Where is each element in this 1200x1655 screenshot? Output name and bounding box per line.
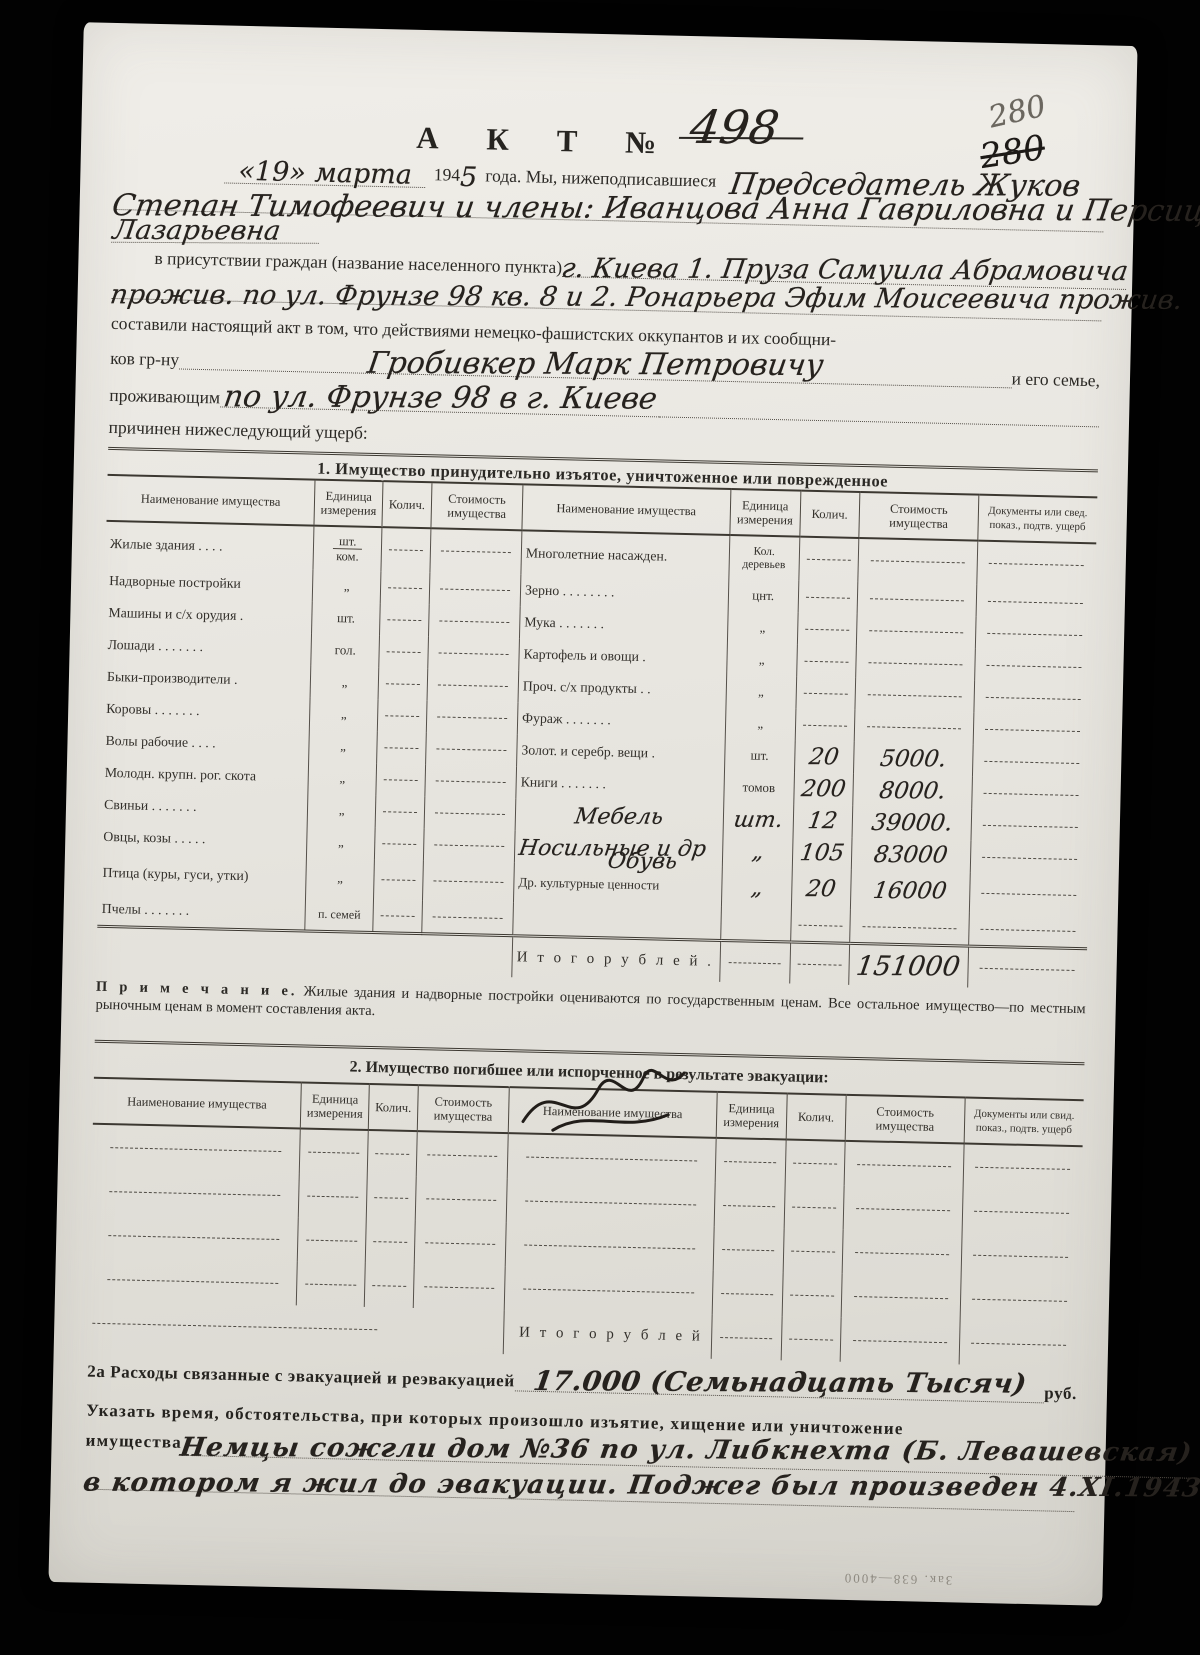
t2-h-docs: Документы или свид. показ., подтв. ущерб <box>964 1098 1084 1147</box>
t2-h-qty-right: Колич. <box>786 1093 846 1140</box>
t1-r9-lu: „ <box>307 826 376 860</box>
t1-h-name-left: Наименование имущества <box>107 475 316 526</box>
qty-gold-handwritten: 20 <box>808 744 841 770</box>
total2-label: И т о г о р у б л е й <box>503 1310 712 1359</box>
year-printed: 194 <box>434 164 461 185</box>
t2-h-name-left: Наименование имущества <box>93 1078 302 1129</box>
t1-r4-ru: „ <box>726 675 797 709</box>
document-content: 280 280 А К Т № 498 «19» марта 1945 года… <box>83 37 1108 1593</box>
corner-page-numbers: 280 280 <box>980 95 1047 173</box>
photo-background: 280 280 А К Т № 498 «19» марта 1945 года… <box>0 0 1200 1655</box>
t1-r5-r: Фураж . . . . . . . <box>517 702 725 739</box>
item-furniture-handwritten: Мебель <box>573 804 665 829</box>
residing-address-handwritten: по ул. Фрунзе 98 в г. Киеве <box>222 386 658 410</box>
circumstances-handwritten-1: Немцы сожгли дом №36 по ул. Либкнехта (Б… <box>179 1435 1195 1466</box>
document-paper: 280 280 А К Т № 498 «19» марта 1945 года… <box>48 22 1137 1606</box>
cost-gold-handwritten: 5000. <box>878 746 948 772</box>
t1-r1-lu: „ <box>312 570 381 604</box>
t1-r7-lu: „ <box>308 762 377 796</box>
t1-r6-ru: шт. <box>724 739 795 773</box>
t1-r11-lu: п. семей <box>305 898 374 933</box>
t1-r2-lu: шт. <box>312 602 381 636</box>
t1-r6-lu: „ <box>309 730 378 764</box>
year-handwritten: 5 <box>460 167 478 189</box>
t1-h-qty-right: Колич. <box>800 491 860 538</box>
t1-r4-l: Быки-производители . <box>103 661 311 698</box>
victim-name-handwritten: Гробивкер Марк Петровичу <box>366 353 825 377</box>
unit-furniture-handwritten: шт. <box>732 807 784 832</box>
act-number: 498 <box>679 117 806 140</box>
t1-r3-r: Картофель и овощи . <box>519 638 727 675</box>
cost-books-handwritten: 8000. <box>878 778 948 804</box>
t1-r1-r: Зерно . . . . . . . . <box>520 574 728 611</box>
t1-h-docs: Документы или свед. показ., подтв. ущерб <box>978 495 1098 544</box>
cost-furniture-handwritten: 39000. <box>870 810 954 836</box>
date-handwritten: «19» марта <box>224 160 426 188</box>
t1-r6-r: Золот. и серебр. вещи . <box>517 734 725 771</box>
t1-r5-l: Коровы . . . . . . . <box>102 693 310 730</box>
t1-r7-l: Молодн. крупн. рог. скота <box>100 757 308 794</box>
qty-clothing-handwritten: 105 <box>798 840 846 866</box>
cost-clothing-handwritten: 83000 <box>872 842 949 868</box>
t1-r5-ru: „ <box>725 707 796 741</box>
t1-r7-ru: томов <box>724 771 795 805</box>
t1-r5-lu: „ <box>310 698 379 732</box>
t1-h-cost-right: Стоимость имущества <box>859 492 979 541</box>
t1-r3-lu: гол. <box>311 634 380 668</box>
total-value-handwritten: 151000 <box>855 950 963 981</box>
note-label: П р и м е ч а н и е. <box>96 979 298 1000</box>
witnesses-handwritten: прожив. по ул. Фрунзе 98 кв. 8 и 2. Рона… <box>109 284 1184 312</box>
t1-h-qty-left: Колич. <box>382 481 432 528</box>
t1-r6-l: Волы рабочие . . . . <box>101 725 309 762</box>
line2a-suffix: руб. <box>1044 1383 1077 1404</box>
t2-h-unit-right: Единица измерения <box>716 1092 787 1140</box>
evacuation-cost-handwritten: 17.000 (Семьнадцать Тысяч) <box>532 1371 1028 1396</box>
t2-h-cost-right: Стоимость имущества <box>845 1095 965 1144</box>
t1-h-name-right: Наименование имущества <box>522 484 731 535</box>
t1-h-unit-left: Единица измерения <box>314 480 383 528</box>
t1-r9-l: Овцы, козы . . . . . <box>99 821 307 858</box>
t1-r2-l: Машины и с/х орудия . <box>104 597 312 634</box>
qty-books-handwritten: 200 <box>800 776 848 802</box>
printers-imprint: Зак. 638—4000 <box>843 1570 953 1588</box>
grnu-printed: ков гр-ну <box>110 348 179 370</box>
circumstances-handwritten-2: в котором я жил до эвакуации. Поджег был… <box>81 1470 1200 1502</box>
t1-h-cost-left: Стоимость имущества <box>431 482 523 530</box>
after-date-printed: года. Мы, нижеподписавшиеся <box>485 165 716 190</box>
unit-clothing-handwritten: „ <box>750 839 765 864</box>
t1-r8-l: Свиньи . . . . . . . <box>100 789 308 826</box>
t2-h-unit-left: Единица измерения <box>301 1082 370 1130</box>
t1-r0-r: Многолетние насажден. <box>521 530 730 579</box>
t2-h-name-right: Наименование имущества <box>508 1087 717 1138</box>
presence-printed: в присутствии граждан (название населенн… <box>112 247 562 277</box>
qty-furniture-handwritten: 12 <box>806 808 839 834</box>
t1-r7-r: Книги . . . . . . . <box>516 766 724 803</box>
intro-section: «19» марта 1945 года. Мы, нижеподписавши… <box>108 157 1104 459</box>
t1-r10-l: Птица (куры, гуси, утки) <box>98 853 307 898</box>
t1-r10-r: Др. культурные ценности <box>518 874 659 892</box>
table2: Наименование имущества Единица измерения… <box>88 1077 1084 1367</box>
act-title-label: А К Т № <box>416 120 677 161</box>
table1: Наименование имущества Единица измерения… <box>96 474 1097 990</box>
presence-handwritten: г. Киева 1. Пруза Самуила Абрамовича <box>560 258 1129 283</box>
t1-r2-r: Мука . . . . . . . <box>519 606 727 643</box>
t1-r4-lu: „ <box>310 666 379 700</box>
total-label: И т о г о р у б л е й . <box>512 936 721 982</box>
members2-handwritten: Лазарьевна <box>111 220 322 244</box>
t1-r2-ru: „ <box>727 611 798 645</box>
t1-r3-l: Лошади . . . . . . . <box>103 629 311 666</box>
residing-printed: проживающим <box>109 385 220 408</box>
t1-r0-lu: шт.ком. <box>313 526 382 572</box>
t1-r10-lu: „ <box>306 858 375 900</box>
line2a-prefix: 2а Расходы связанные с эвакуацией и реэв… <box>87 1362 515 1392</box>
item-shoes-handwritten: Обувь <box>606 849 679 874</box>
t1-r11-l: Пчелы . . . . . . . <box>97 893 305 931</box>
circumstances-instruction: Указать время, обстоятельства, при котор… <box>85 1398 1077 1512</box>
t1-h-unit-right: Единица измерения <box>730 489 801 537</box>
t1-r1-l: Надворные постройки <box>105 565 313 602</box>
t1-r0-ru: Кол. деревьев <box>729 535 800 581</box>
instruction-line2: имущества <box>85 1428 182 1456</box>
unit-shoes-handwritten: „ <box>749 875 764 900</box>
t1-r4-r: Проч. с/х продукты . . <box>518 670 726 707</box>
t2-h-cost-left: Стоимость имущества <box>417 1085 509 1133</box>
t1-r8-lu: „ <box>307 794 376 828</box>
qty-shoes-handwritten: 20 <box>805 876 838 902</box>
t2-h-qty-left: Колич. <box>368 1084 418 1131</box>
cost-shoes-handwritten: 16000 <box>872 878 949 904</box>
t1-r1-ru: цнт. <box>728 579 799 613</box>
family-printed: и его семье, <box>1011 368 1100 390</box>
t1-r3-ru: „ <box>726 643 797 677</box>
t1-r0-l: Жилые здания . . . . <box>106 521 315 570</box>
